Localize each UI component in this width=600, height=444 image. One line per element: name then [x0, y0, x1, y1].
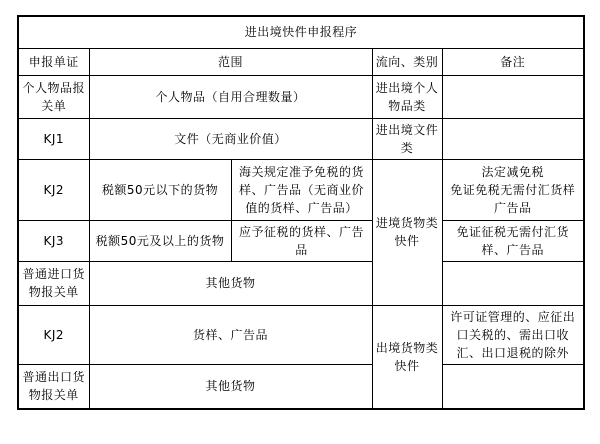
cell-r5-scope: 其他货物: [89, 261, 372, 305]
cell-r6-note: 许可证管理的、应征出口关税的、需出口收汇、出口退税的除外: [442, 305, 584, 364]
cell-r4-scope-b: 应予征税的货样、广告品: [231, 220, 372, 261]
cell-r7-doc: 普通出口货物报关单: [18, 364, 89, 409]
header-note: 备注: [442, 48, 584, 75]
cell-r6-scope: 货样、广告品: [89, 305, 372, 364]
cell-r5-doc: 普通进口货物报关单: [18, 261, 89, 305]
cell-r4-doc: KJ3: [18, 220, 89, 261]
table-row: KJ2 税额50元以下的货物 海关规定准予免税的货样、广告品（无商业价值的货样、…: [18, 159, 584, 220]
header-scope: 范围: [89, 48, 372, 75]
cell-r7-scope: 其他货物: [89, 364, 372, 409]
cell-r3-scope-b: 海关规定准予免税的货样、广告品（无商业价值的货样、广告品）: [231, 159, 372, 220]
header-row: 申报单证 范围 流向、类别 备注: [18, 48, 584, 75]
title-row: 进出境快件申报程序: [18, 16, 584, 48]
cell-r2-category: 进出境文件类: [372, 118, 442, 159]
cell-r1-note: [442, 75, 584, 118]
table-row: 普通出口货物报关单 其他货物: [18, 364, 584, 409]
cell-r5-note: [442, 261, 584, 305]
header-category: 流向、类别: [372, 48, 442, 75]
cell-r2-doc: KJ1: [18, 118, 89, 159]
cell-r4-note: 免证征税无需付汇货样、广告品: [442, 220, 584, 261]
table-row: KJ1 文件（无商业价值） 进出境文件类: [18, 118, 584, 159]
document-page: 进出境快件申报程序 申报单证 范围 流向、类别 备注 个人物品报关单 个人物品（…: [0, 0, 600, 444]
cell-r2-scope: 文件（无商业价值）: [89, 118, 372, 159]
table-row: KJ2 货样、广告品 出境货物类快件 许可证管理的、应征出口关税的、需出口收汇、…: [18, 305, 584, 364]
cell-outbound-goods-category: 出境货物类快件: [372, 305, 442, 409]
cell-r1-category: 进出境个人物品类: [372, 75, 442, 118]
cell-r6-doc: KJ2: [18, 305, 89, 364]
cell-r2-note: [442, 118, 584, 159]
table-row: 个人物品报关单 个人物品（自用合理数量） 进出境个人物品类: [18, 75, 584, 118]
cell-r3-note: 法定减免税 免证免税无需付汇货样 广告品: [442, 159, 584, 220]
cell-r3-doc: KJ2: [18, 159, 89, 220]
header-doc: 申报单证: [18, 48, 89, 75]
cell-r7-note: [442, 364, 584, 409]
cell-inbound-goods-category: 进境货物类快件: [372, 159, 442, 305]
cell-r4-scope-a: 税额50元及以上的货物: [89, 220, 231, 261]
declaration-procedures-table: 进出境快件申报程序 申报单证 范围 流向、类别 备注 个人物品报关单 个人物品（…: [17, 15, 585, 410]
cell-r3-scope-a: 税额50元以下的货物: [89, 159, 231, 220]
table-title: 进出境快件申报程序: [18, 16, 584, 48]
cell-r1-doc: 个人物品报关单: [18, 75, 89, 118]
table-row: 普通进口货物报关单 其他货物: [18, 261, 584, 305]
cell-r1-scope: 个人物品（自用合理数量）: [89, 75, 372, 118]
table-row: KJ3 税额50元及以上的货物 应予征税的货样、广告品 免证征税无需付汇货样、广…: [18, 220, 584, 261]
